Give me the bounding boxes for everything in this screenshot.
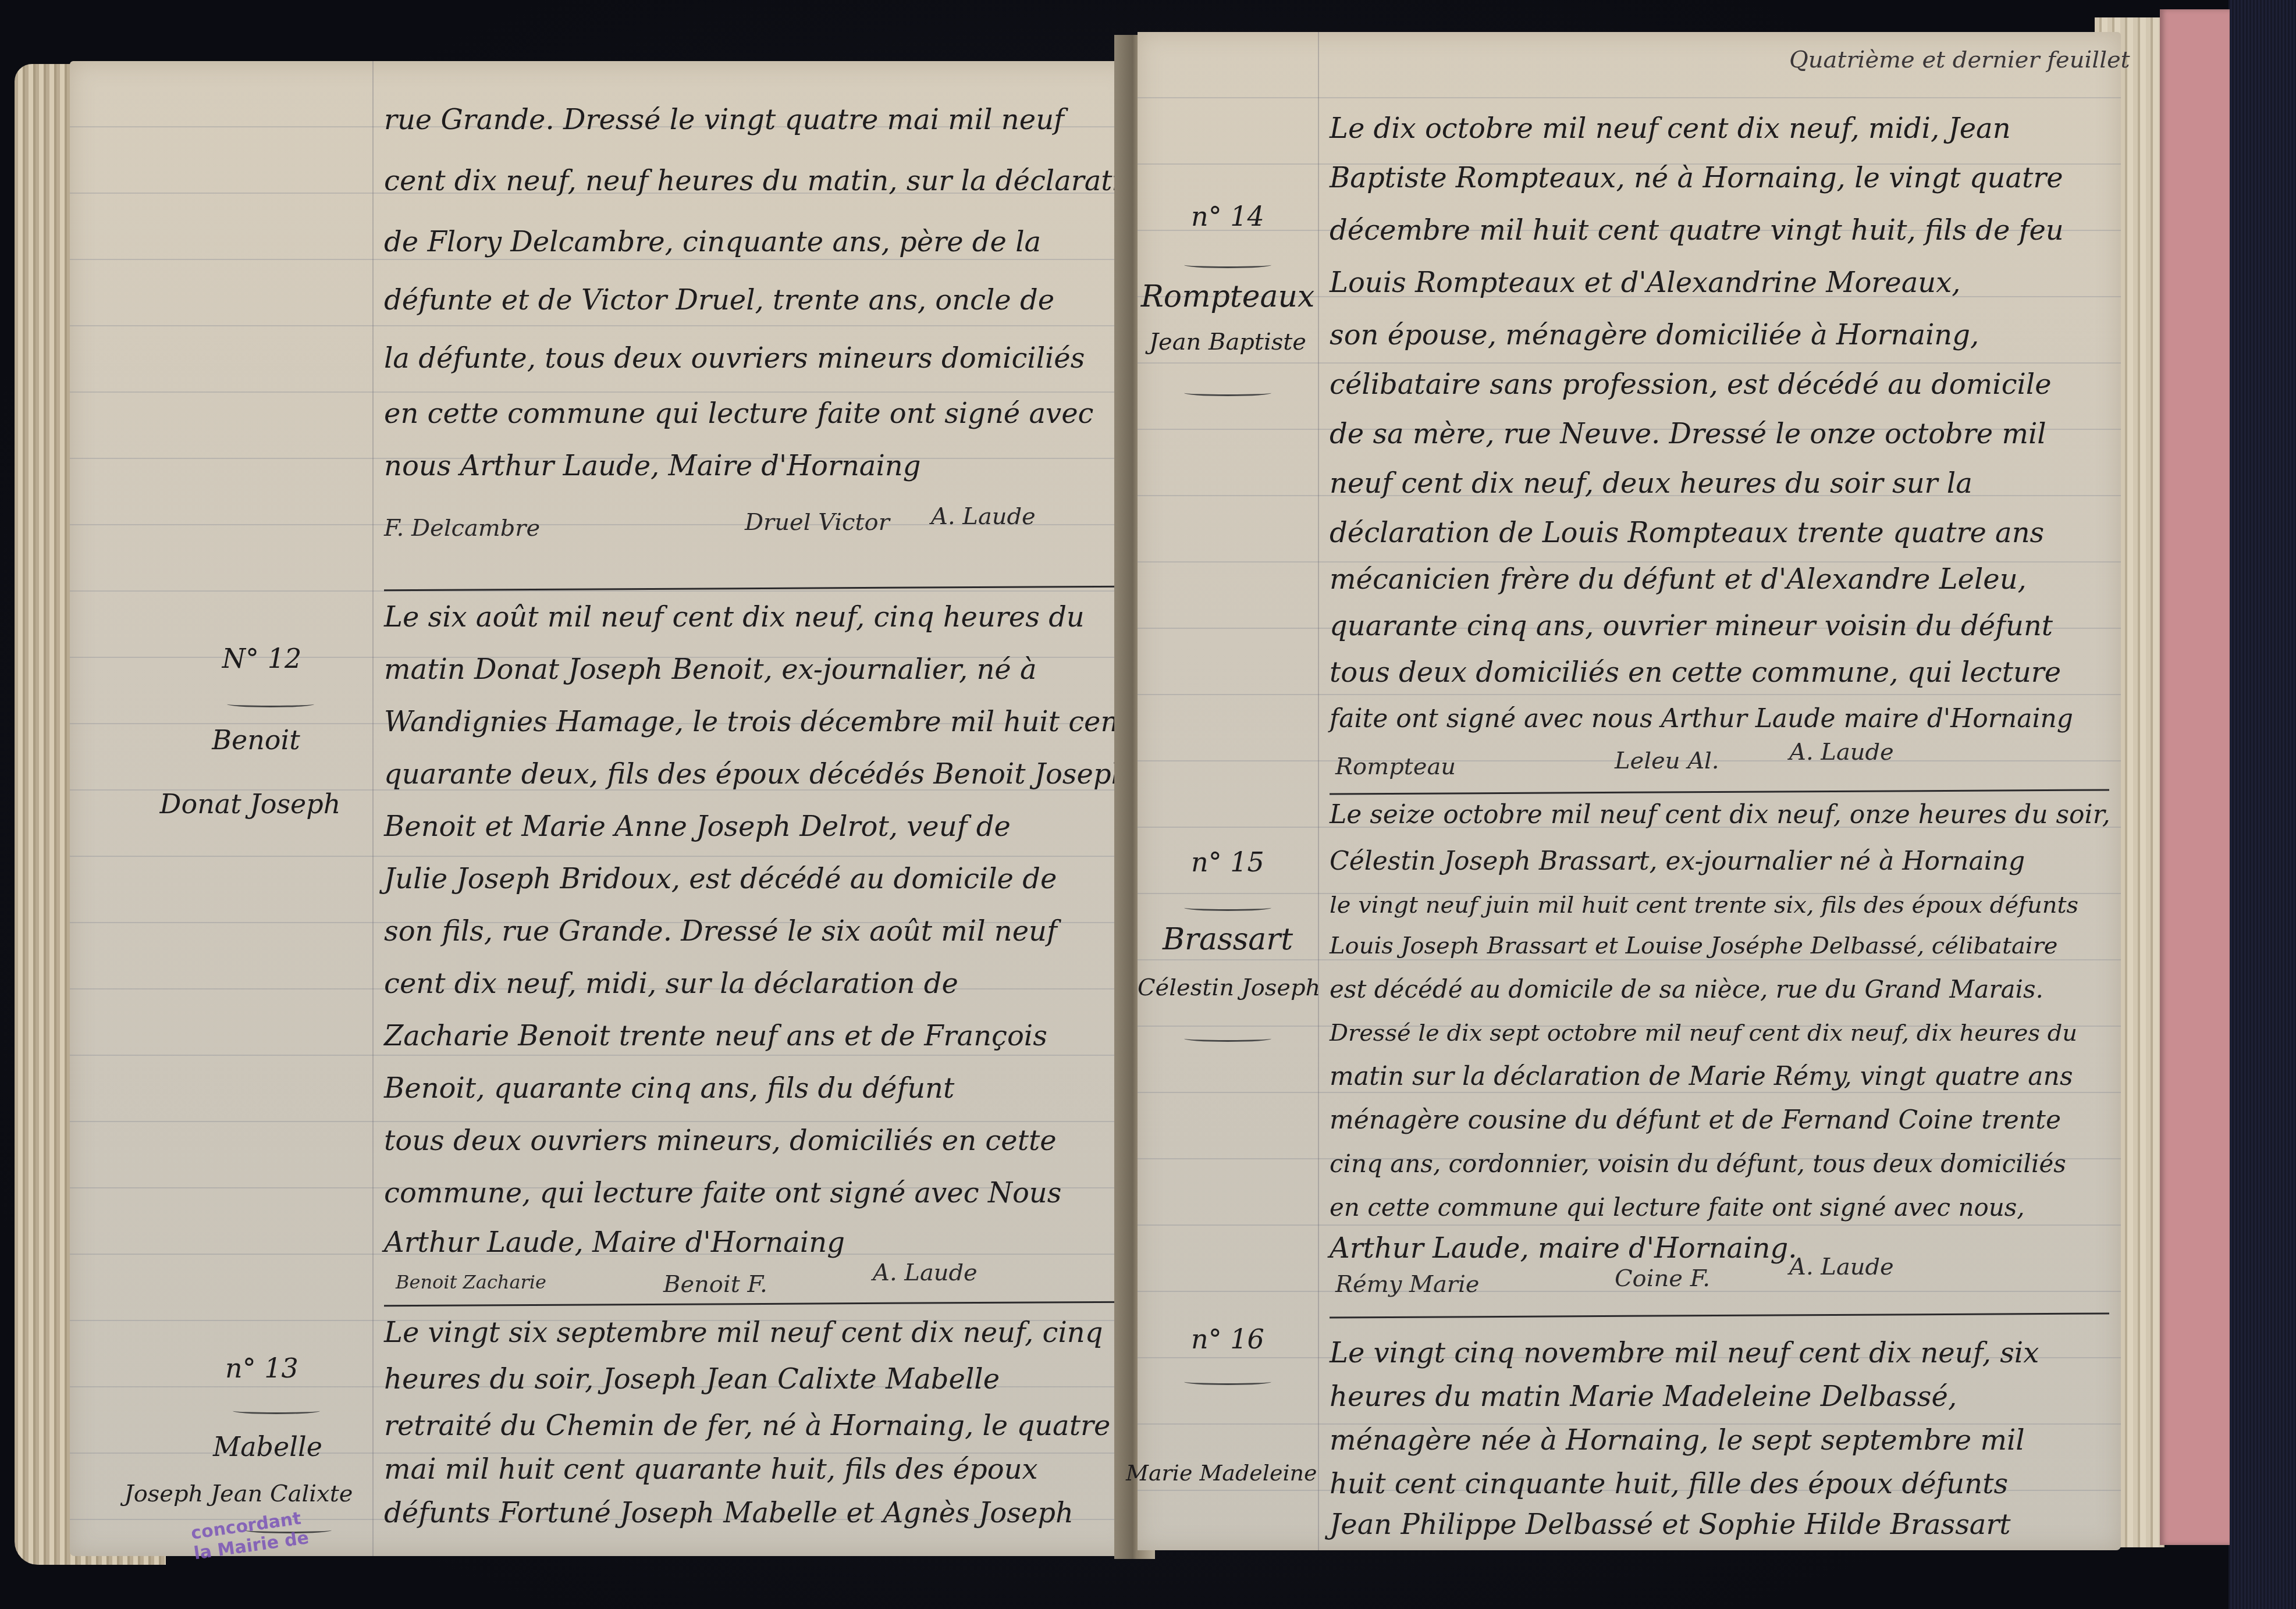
signature: A. Laude (873, 1259, 978, 1286)
left-page: rue Grande. Dressé le vingt quatre mai m… (70, 61, 1135, 1556)
signature: A. Laude (1789, 739, 1894, 766)
entry-number: n° 15 (1155, 846, 1300, 878)
entry-surname: Rompteaux (1138, 279, 1318, 314)
entry-separator (1330, 1312, 2109, 1318)
squiggle-divider (233, 1408, 320, 1414)
signature: Benoit F. (663, 1271, 767, 1298)
margin-rule (372, 61, 374, 1556)
entry-number: N° 12 (186, 643, 337, 674)
signature: F. Delcambre (384, 515, 540, 542)
signature: Druel Victor (745, 509, 890, 536)
page-header-note: Quatrième et dernier feuillet (1789, 47, 2130, 73)
signature: A. Laude (1789, 1254, 1894, 1280)
margin-correction: Marie Madeleine (1126, 1460, 1312, 1486)
entry-number: n° 13 (175, 1352, 349, 1384)
entry-line: Jean Philippe Delbassé et Sophie Hilde B… (1330, 1492, 2011, 1557)
signature: Benoit Zacharie (396, 1271, 546, 1293)
entry-given-names: Jean Baptiste (1138, 329, 1318, 355)
book-cover-right (2229, 0, 2296, 1609)
entry-line: défunte et de Victor Druel, trente ans, … (384, 268, 1054, 333)
squiggle-divider (1184, 262, 1271, 268)
entry-number: n° 14 (1155, 201, 1300, 232)
squiggle-divider (1184, 1379, 1271, 1385)
entry-given-names: Célestin Joseph (1138, 974, 1318, 1001)
squiggle-divider (1184, 1035, 1271, 1042)
entry-number: n° 16 (1155, 1323, 1300, 1355)
entry-line: défunts Fortuné Joseph Mabelle et Agnès … (384, 1480, 1074, 1546)
margin-rule (1318, 32, 1319, 1550)
entry-line: cent dix neuf, neuf heures du matin, sur… (384, 148, 1156, 213)
entry-given-names: Joseph Jean Calixte (105, 1480, 372, 1507)
signature: Leleu Al. (1615, 747, 1719, 774)
signature: Rompteau (1335, 753, 1456, 780)
pink-flyleaf (2160, 9, 2230, 1545)
right-page: Quatrième et dernier feuillet n° 14 Romp… (1138, 32, 2121, 1550)
entry-line: nous Arthur Laude, Maire d'Hornaing (384, 433, 920, 499)
entry-given-names: Donat Joseph (128, 788, 372, 820)
signature: A. Laude (931, 503, 1036, 530)
mairie-stamp: concordant la Mairie de (190, 1507, 310, 1564)
entry-line: de Flory Delcambre, cinquante ans, père … (384, 209, 1041, 275)
entry-line: faite ont signé avec nous Arthur Laude m… (1330, 686, 2073, 752)
entry-surname: Brassart (1138, 922, 1318, 957)
entry-surname: Mabelle (163, 1431, 372, 1462)
squiggle-divider (1184, 905, 1271, 911)
entry-surname: Benoit (151, 724, 361, 756)
squiggle-divider (1184, 390, 1271, 396)
squiggle-divider (227, 701, 314, 707)
signature: Rémy Marie (1335, 1271, 1479, 1298)
signature: Coine F. (1615, 1265, 1710, 1292)
entry-line: rue Grande. Dressé le vingt quatre mai m… (384, 87, 1064, 152)
entry-line: Arthur Laude, Maire d'Hornaing (384, 1210, 845, 1275)
